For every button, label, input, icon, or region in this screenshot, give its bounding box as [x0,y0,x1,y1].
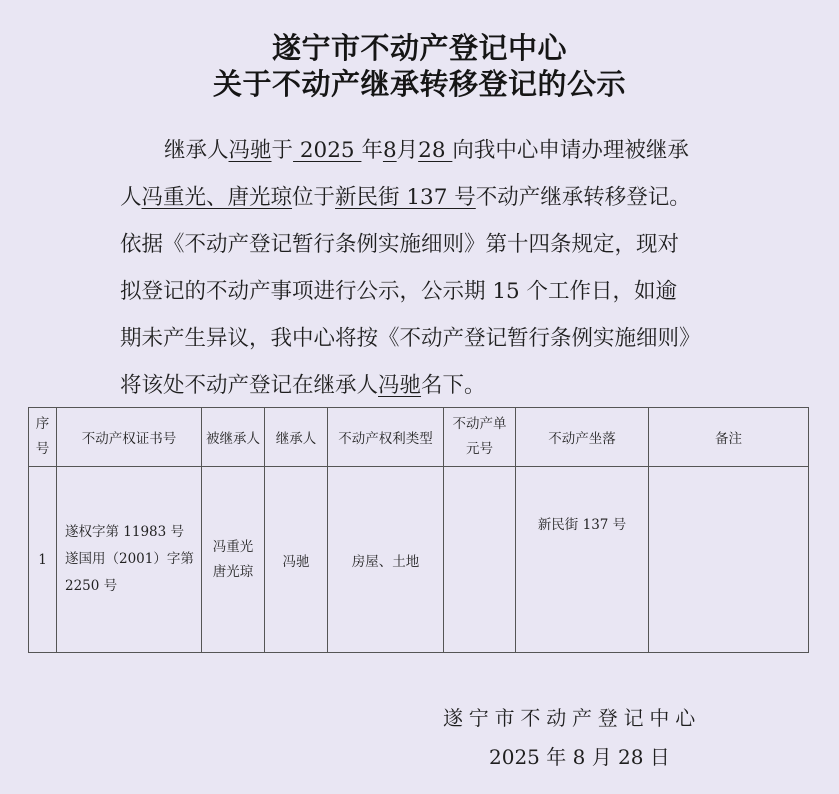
text: 位于 [292,185,335,210]
cell-seq: 1 [29,467,57,653]
text: 于 [272,138,294,163]
header-heir: 继承人 [265,408,328,467]
text: 月 [397,138,419,163]
header-cert-no: 不动产权证书号 [57,408,202,467]
paragraph-line-5: 期未产生异议，我中心将按《不动产登记暂行条例实施细则》 [120,315,730,362]
table-row: 1 遂权字第 11983 号 遂国用（2001）字第 2250 号 冯重光唐光琼… [29,467,809,653]
cell-heir: 冯驰 [265,467,328,653]
application-day: 28 [418,138,452,163]
notice-paragraph: 继承人冯驰于 2025 年8月28 向我中心申请办理被继承 人冯重光、唐光琼位于… [120,127,730,409]
header-decedent: 被继承人 [202,408,265,467]
paragraph-line-1: 继承人冯驰于 2025 年8月28 向我中心申请办理被继承 [120,127,730,174]
header-right-type: 不动产权利类型 [328,408,444,467]
cell-cert-no: 遂权字第 11983 号 遂国用（2001）字第 2250 号 [57,467,202,653]
table-header-row: 序号 不动产权证书号 被继承人 继承人 不动产权利类型 不动产单元号 不动产坐落… [29,408,809,467]
text: 名下。 [421,373,486,398]
decedent-names: 冯重光、唐光琼 [142,185,293,210]
cell-right-type: 房屋、土地 [328,467,444,653]
application-year: 2025 [293,138,361,163]
heir-name: 冯驰 [378,373,421,398]
text: 不动产继承转移登记。 [476,185,691,210]
issuing-organization: 遂宁市不动产登记中心 [443,702,701,731]
paragraph-line-2: 人冯重光、唐光琼位于新民街 137 号不动产继承转移登记。 [120,174,730,221]
text: 人 [120,185,142,210]
cell-remarks [649,467,809,653]
cell-unit-no [444,467,516,653]
text: 向我中心申请办理被继承 [452,138,689,163]
issue-date: 2025 年 8 月 28 日 [489,741,670,770]
paragraph-line-4: 拟登记的不动产事项进行公示，公示期 15 个工作日，如逾 [120,268,730,315]
cell-location: 新民街 137 号 [516,467,649,653]
header-seq: 序号 [29,408,57,467]
heir-name: 冯驰 [229,138,272,163]
property-address: 新民街 137 号 [335,185,476,210]
cell-decedent: 冯重光唐光琼 [202,467,265,653]
text: 年 [361,138,383,163]
document-title-line2: 关于不动产继承转移登记的公示 [0,62,839,103]
paragraph-line-6: 将该处不动产登记在继承人冯驰名下。 [120,362,730,409]
text: 将该处不动产登记在继承人 [120,373,378,398]
header-remarks: 备注 [649,408,809,467]
text: 继承人 [164,138,229,163]
header-unit-no: 不动产单元号 [444,408,516,467]
paragraph-line-3: 依据《不动产登记暂行条例实施细则》第十四条规定，现对 [120,221,730,268]
header-location: 不动产坐落 [516,408,649,467]
application-month: 8 [383,138,397,163]
registration-table: 序号 不动产权证书号 被继承人 继承人 不动产权利类型 不动产单元号 不动产坐落… [28,407,809,653]
document-title-line1: 遂宁市不动产登记中心 [0,26,839,67]
